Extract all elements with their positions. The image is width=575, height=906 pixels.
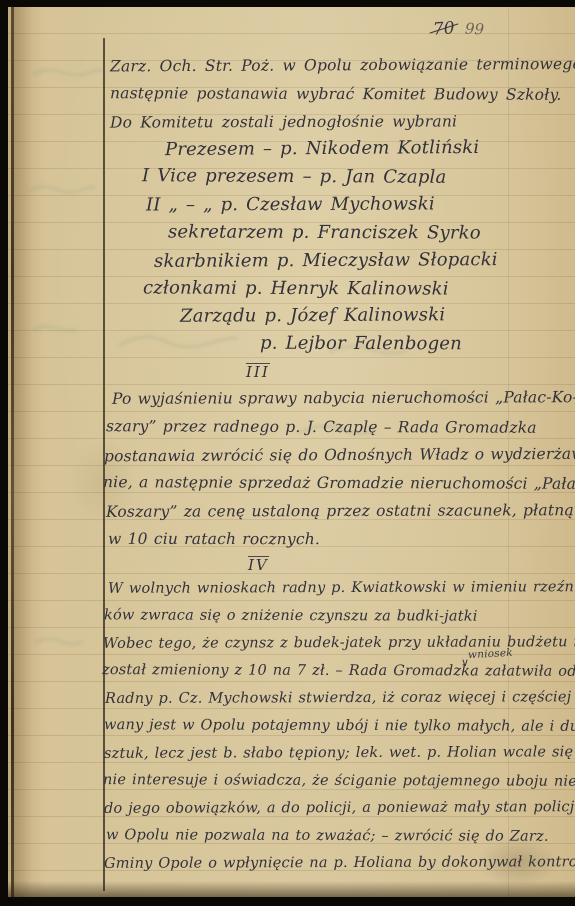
manuscript-line: następnie postanawia wybrać Komitet Budo…	[110, 85, 562, 104]
manuscript-line: sztuk, lecz jest b. słabo tępiony; lek. …	[104, 744, 575, 762]
manuscript-line: ków zwraca się o zniżenie czynszu za bud…	[104, 607, 478, 625]
committee-role-line: Prezesem – p. Nikodem Kotliński	[165, 138, 479, 161]
manuscript-line: postanawia zwrócić się do Odnośnych Wład…	[104, 446, 575, 466]
manuscript-line: do jego obowiązków, a do policji, a poni…	[104, 799, 575, 817]
committee-role-line: I Vice prezesem – p. Jan Czapla	[142, 166, 447, 188]
manuscript-line: nie, a następnie sprzedaż Gromadzie nier…	[103, 474, 575, 494]
manuscript-line: nie interesuje i oświadcza, że ściganie …	[103, 772, 575, 791]
manuscript-line: Do Komitetu zostali jednogłośnie wybrani	[110, 113, 457, 132]
manuscript-line: wany jest w Opolu potajemny ubój i nie t…	[104, 717, 575, 735]
page-number: 70 99	[433, 19, 484, 39]
manuscript-line: W wolnych wnioskach radny p. Kwiatkowski…	[108, 579, 575, 597]
committee-role-line: sekretarzem p. Franciszek Syrko	[168, 222, 481, 244]
committee-role-line: p. Lejbor Falenbogen	[260, 334, 462, 355]
manuscript-line: w Opolu nie pozwala na to zważać; – zwró…	[106, 827, 549, 845]
committee-role-line: Zarządu p. Józef Kalinowski	[180, 305, 445, 327]
manuscript-line: Koszary” za cenę ustaloną przez ostatni …	[106, 502, 574, 521]
manuscript-line: Po wyjaśnieniu sprawy nabycia nieruchomo…	[112, 389, 575, 408]
committee-role-line: II „ – „ p. Czesław Mychowski	[146, 194, 435, 216]
manuscript-line: został zmieniony z 10 na 7 zł. – Rada Gr…	[102, 662, 575, 681]
manuscript-line: Radny p. Cz. Mychowski stwierdza, iż cor…	[105, 689, 575, 708]
section-marker-iii: III	[246, 363, 270, 380]
committee-role-line: członkami p. Henryk Kalinowski	[143, 278, 449, 300]
manuscript-line: w 10 ciu ratach rocznych.	[108, 531, 320, 549]
insertion-caret-icon: ∨	[461, 657, 469, 670]
inserted-word: wniosek	[468, 647, 513, 661]
manuscript-line: Gminy Opole o wpłynięcie na p. Holiana b…	[104, 854, 575, 872]
section-marker-iv: IV	[248, 556, 269, 573]
manuscript-line: Zarz. Och. Str. Poż. w Opolu zobowiązani…	[110, 56, 575, 77]
manuscript-line: szary” przez radnego p. J. Czaplę – Rada…	[106, 418, 537, 437]
page-number-old: 70	[432, 18, 455, 39]
committee-role-line: skarbnikiem p. Mieczysław Słopacki	[154, 250, 498, 272]
page-number-new: 99	[464, 20, 484, 39]
